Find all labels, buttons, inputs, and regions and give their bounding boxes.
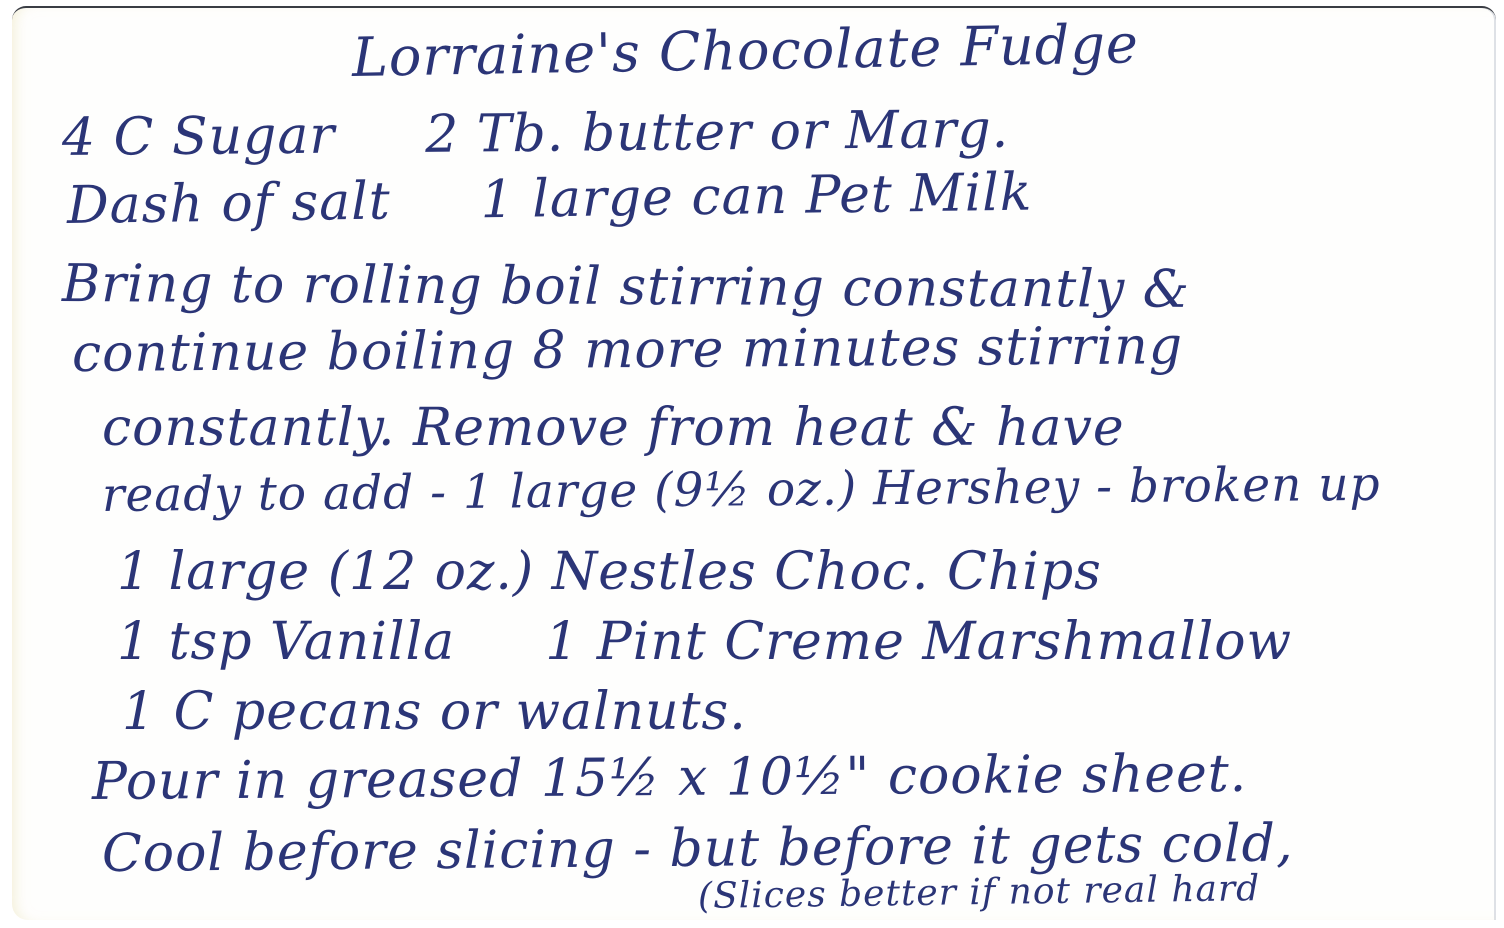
ingredient-line-1: 4 C Sugar2 Tb. butter or Marg. (62, 100, 1010, 168)
addin-nuts: 1 C pecans or walnuts. (122, 682, 747, 742)
ingredient-butter: 2 Tb. butter or Marg. (425, 100, 1010, 165)
ingredient-milk: 1 large can Pet Milk (480, 163, 1033, 231)
instruction-line-1: Bring to rolling boil stirring constantl… (62, 254, 1190, 320)
ingredient-line-2: Dash of salt1 large can Pet Milk (67, 163, 1033, 236)
addin-marshmallow: 1 Pint Creme Marshmallow (545, 612, 1292, 672)
recipe-title: Lorraine's Chocolate Fudge (351, 12, 1139, 89)
finish-line-pour: Pour in greased 15½ x 10½" cookie sheet. (92, 744, 1248, 812)
addin-line-vanilla-marshmallow: 1 tsp Vanilla1 Pint Creme Marshmallow (117, 612, 1292, 672)
addin-vanilla: 1 tsp Vanilla (117, 612, 455, 672)
instruction-line-3: constantly. Remove from heat & have (102, 398, 1125, 458)
instruction-line-4: ready to add - 1 large (9½ oz.) Hershey … (102, 457, 1381, 523)
ingredient-sugar: 4 C Sugar (62, 106, 336, 168)
recipe-card: Lorraine's Chocolate Fudge 4 C Sugar2 Tb… (12, 6, 1496, 920)
instruction-line-2: continue boiling 8 more minutes stirring (72, 316, 1183, 384)
ingredient-salt: Dash of salt (67, 171, 392, 236)
addin-chips: 1 large (12 oz.) Nestles Choc. Chips (117, 542, 1102, 602)
footnote-slices: (Slices better if not real hard (698, 868, 1261, 917)
